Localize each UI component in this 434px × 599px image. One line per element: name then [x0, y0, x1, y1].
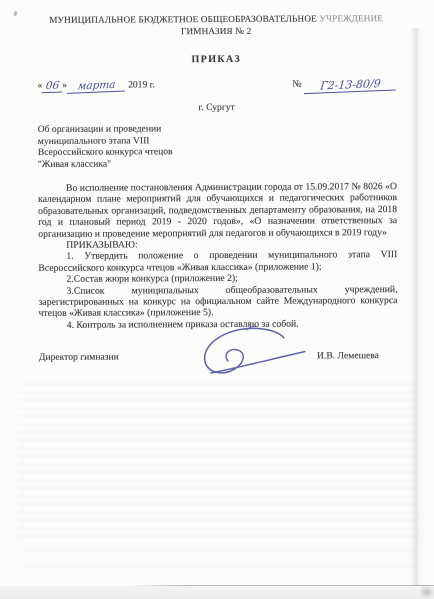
order-item-3: 3.Список муниципальных общеобразовательн…: [39, 284, 398, 320]
ink-bleed-through: [18, 545, 418, 567]
date-field: «06»марта2019 г.: [37, 78, 155, 92]
institution-name-line2: ГИМНАЗИЯ № 2: [0, 24, 433, 38]
order-item-1: 1. Утвердить положение о проведении муни…: [38, 249, 397, 274]
scan-corner-blot: [422, 588, 432, 596]
order-number-field: №Г2-13-80/9: [292, 76, 396, 91]
number-sign: №: [292, 79, 301, 90]
ink-bleed-through: [18, 438, 418, 538]
director-name: И.В. Лемешева: [317, 350, 379, 361]
handwritten-day: 06: [42, 79, 63, 93]
document-content: МУНИЦИПАЛЬНОЕ БЮДЖЕТНОЕ ОБЩЕОБРАЗОВАТЕЛЬ…: [0, 13, 434, 364]
year-label: 2019 г.: [128, 79, 155, 90]
scan-bottom-strip: [0, 586, 434, 599]
handwritten-order-number: Г2-13-80/9: [304, 76, 397, 94]
institution-name-faded: УЧРЕЖДЕНИЕ: [319, 13, 383, 23]
director-signature: [187, 324, 317, 387]
scanned-order-page: МУНИЦИПАЛЬНОЕ БЮДЖЕТНОЕ ОБЩЕОБРАЗОВАТЕЛЬ…: [0, 0, 434, 599]
institution-name-line1: МУНИЦИПАЛЬНОЕ БЮДЖЕТНОЕ ОБЩЕОБРАЗОВАТЕЛЬ…: [0, 13, 433, 27]
signature-row: Директор гимназии И.В. Лемешева: [39, 350, 379, 363]
institution-header: МУНИЦИПАЛЬНОЕ БЮДЖЕТНОЕ ОБЩЕОБРАЗОВАТЕЛЬ…: [0, 13, 433, 38]
subject-block: Об организации и проведении муниципально…: [38, 122, 397, 170]
order-preamble: Во исполнение постановления Администраци…: [38, 181, 397, 240]
order-body: Во исполнение постановления Администраци…: [38, 181, 398, 331]
meta-row: «06»марта2019 г. №Г2-13-80/9: [37, 76, 396, 92]
subject-line: "Живая классика": [38, 157, 397, 170]
handwritten-month: марта: [66, 78, 125, 93]
ink-bleed-through: [18, 378, 418, 434]
director-role: Директор гимназии: [39, 352, 119, 363]
city-line: г. Сургут: [0, 101, 434, 114]
document-title: ПРИКАЗ: [0, 53, 433, 66]
institution-name-main: МУНИЦИПАЛЬНОЕ БЮДЖЕТНОЕ ОБЩЕОБРАЗОВАТЕЛЬ…: [49, 13, 317, 24]
